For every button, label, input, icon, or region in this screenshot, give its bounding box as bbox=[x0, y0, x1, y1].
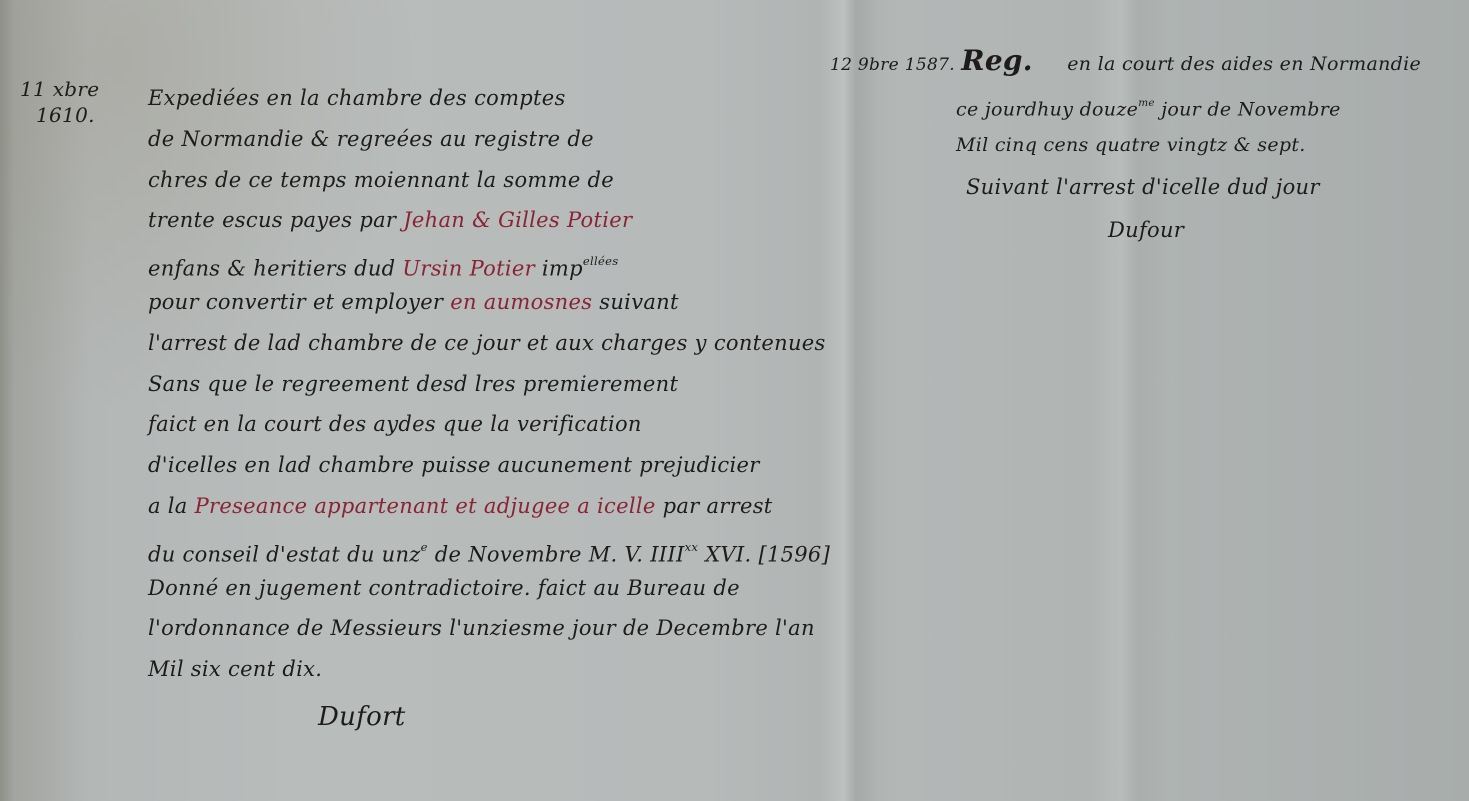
black-ink-text: faict en la court des aydes que la verif… bbox=[148, 412, 642, 436]
manuscript-line: de Normandie & regreées au registre de bbox=[148, 119, 830, 160]
black-ink-text: par arrest bbox=[656, 494, 773, 518]
black-ink-text: Donné en jugement contradictoire. faict … bbox=[148, 576, 740, 600]
registration-text-line-2a: ce jourdhuy douze bbox=[956, 98, 1138, 120]
manuscript-line: chres de ce temps moiennant la somme de bbox=[148, 160, 830, 201]
red-ink-text: Ursin Potier bbox=[402, 257, 535, 281]
black-ink-text: suivant bbox=[592, 290, 678, 314]
black-ink-text: e bbox=[421, 540, 428, 554]
manuscript-line: d'icelles en lad chambre puisse aucuneme… bbox=[148, 445, 830, 486]
manuscript-line: Expediées en la chambre des comptes bbox=[148, 78, 830, 119]
registration-line-3: Mil cinq cens quatre vingtz & sept. bbox=[830, 124, 1421, 166]
black-ink-text: de Normandie & regreées au registre de bbox=[148, 127, 594, 151]
registration-line-4: Suivant l'arrest d'icelle dud jour bbox=[830, 166, 1421, 208]
manuscript-line: pour convertir et employer en aumosnes s… bbox=[148, 282, 830, 323]
registration-line-2: ce jourdhuy douzeme jour de Novembre bbox=[830, 82, 1421, 124]
paper-left-edge bbox=[0, 0, 14, 801]
black-ink-text: xx bbox=[685, 540, 699, 554]
black-ink-text: a la bbox=[148, 494, 195, 518]
manuscript-line: trente escus payes par Jehan & Gilles Po… bbox=[148, 200, 830, 241]
registration-line-1: 12 9bre 1587. Reg. en la court des aides… bbox=[830, 40, 1421, 82]
black-ink-text: l'arrest de lad chambre de ce jour et au… bbox=[148, 331, 826, 355]
margin-date-line-1: 11 xbre bbox=[20, 77, 99, 101]
registration-superscript: me bbox=[1138, 97, 1155, 109]
manuscript-line: du conseil d'estat du unze de Novembre M… bbox=[148, 527, 830, 568]
red-ink-text: Preseance appartenant et adjugee a icell… bbox=[195, 494, 656, 518]
black-ink-text: imp bbox=[535, 257, 583, 281]
black-ink-text: XVI. [1596] bbox=[698, 542, 830, 566]
registration-date-ref: 12 9bre 1587. bbox=[830, 55, 955, 75]
registration-text-line-1: en la court des aides en Normandie bbox=[1067, 53, 1421, 75]
signature-dufour: Dufour bbox=[1108, 218, 1184, 242]
registration-text-line-2b: jour de Novembre bbox=[1155, 98, 1341, 120]
black-ink-text: Mil six cent dix. bbox=[148, 657, 322, 681]
margin-date-line-2: 1610. bbox=[20, 102, 99, 128]
black-ink-text: chres de ce temps moiennant la somme de bbox=[148, 168, 614, 192]
registration-reg-word: Reg. bbox=[961, 44, 1033, 77]
manuscript-line: Donné en jugement contradictoire. faict … bbox=[148, 568, 830, 609]
black-ink-text: ellées bbox=[583, 254, 619, 268]
manuscript-line: l'arrest de lad chambre de ce jour et au… bbox=[148, 323, 830, 364]
manuscript-line: enfans & heritiers dud Ursin Potier impe… bbox=[148, 241, 830, 282]
manuscript-line: l'ordonnance de Messieurs l'unziesme jou… bbox=[148, 608, 830, 649]
black-ink-text: l'ordonnance de Messieurs l'unziesme jou… bbox=[148, 616, 815, 640]
black-ink-text: du conseil d'estat du unz bbox=[148, 542, 421, 566]
manuscript-line: Mil six cent dix. bbox=[148, 649, 830, 690]
black-ink-text: enfans & heritiers dud bbox=[148, 257, 402, 281]
margin-date-note: 11 xbre 1610. bbox=[20, 76, 99, 128]
black-ink-text: pour convertir et employer bbox=[148, 290, 450, 314]
manuscript-line: faict en la court des aydes que la verif… bbox=[148, 404, 830, 445]
black-ink-text: de Novembre M. V. IIII bbox=[428, 542, 685, 566]
main-text-block: Expediées en la chambre des comptesde No… bbox=[148, 78, 830, 690]
manuscript-line: a la Preseance appartenant et adjugee a … bbox=[148, 486, 830, 527]
red-ink-text: Jehan & Gilles Potier bbox=[403, 208, 632, 232]
black-ink-text: Sans que le regreement desd lres premier… bbox=[148, 372, 678, 396]
black-ink-text: trente escus payes par bbox=[148, 208, 403, 232]
black-ink-text: d'icelles en lad chambre puisse aucuneme… bbox=[148, 453, 760, 477]
black-ink-text: Expediées en la chambre des comptes bbox=[148, 86, 566, 110]
manuscript-line: Sans que le regreement desd lres premier… bbox=[148, 364, 830, 405]
registration-note: 12 9bre 1587. Reg. en la court des aides… bbox=[830, 40, 1421, 208]
red-ink-text: en aumosnes bbox=[450, 290, 592, 314]
signature-dufort: Dufort bbox=[318, 702, 406, 732]
